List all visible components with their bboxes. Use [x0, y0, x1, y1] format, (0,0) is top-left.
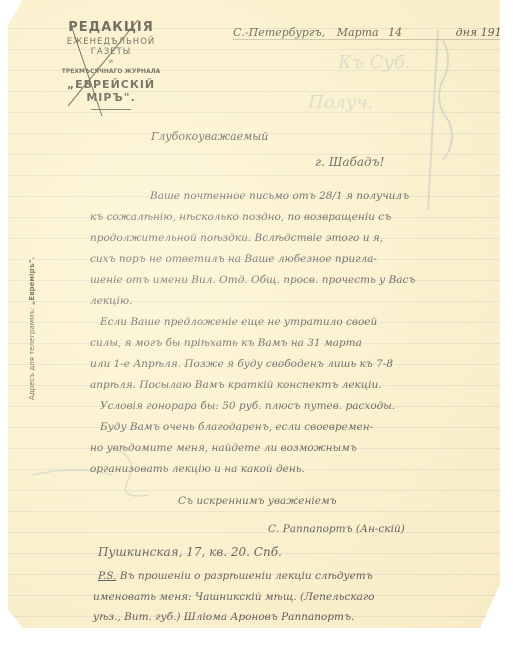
body-line: сихъ поръ не ответилъ на Ваше любезное п…	[90, 253, 377, 265]
letterhead-name: „ЕВРЕЙСКІЙ МІРЪ".	[46, 78, 176, 104]
signature: С. Раппапортъ (Ан-скій)	[268, 523, 405, 535]
body-line: организовать лекцію и на какой день.	[90, 463, 305, 475]
faint-annotation: Къ Суб.	[338, 52, 411, 73]
sender-address: Пушкинская, 17, кв. 20. Спб.	[98, 545, 282, 559]
postscript-line: именовать меня: Чашникскій мѣщ. (Лепельс…	[93, 591, 375, 603]
body-line: или 1-е Апрѣля. Позже я буду свободенъ л…	[90, 358, 393, 370]
dateline-city: С.-Петербургъ,	[233, 26, 325, 39]
body-line: Условія гонорара бы: 50 руб. плюсъ путев…	[100, 400, 395, 412]
letter-paper: Къ Суб. Получ. РЕДАКЦІЯ ЕЖЕНЕДѢЛЬНОЙ ГАЗ…	[8, 0, 500, 628]
body-line: Ваше почтенное письмо отъ 28/1 я получил…	[150, 190, 409, 202]
body-line: шеніе отъ имени Вил. Отд. Общ. просв. пр…	[90, 274, 415, 286]
body-line: Если Ваше предложеніе еще не утратило св…	[100, 316, 377, 328]
postscript-label: P.S.	[98, 570, 116, 582]
body-line: къ сожалѣнію, нѣсколько поздно, по возвр…	[90, 211, 391, 223]
letterhead-subtitle: ЕЖЕНЕДѢЛЬНОЙ ГАЗЕТЫ	[46, 37, 176, 57]
closing: Съ искреннимъ уваженіемъ	[178, 495, 337, 507]
body-line: апрѣля. Посылаю Вамъ краткій конспектъ л…	[90, 379, 382, 391]
body-line: Буду Вамъ очень благодаренъ, если своевр…	[100, 421, 373, 433]
body-line: продолжительной поѣздки. Вслѣдствіе этог…	[90, 232, 383, 244]
letterhead-journal: ТРЕХМѢСЯЧНАГО ЖУРНАЛА	[46, 68, 176, 75]
faint-scribble-icon	[418, 20, 478, 220]
dateline-year: дня 1910 г.	[456, 26, 513, 39]
letterhead-divider	[91, 109, 131, 110]
postscript-line: P.S. Въ прошеніи о разрѣшеніи лекціи слѣ…	[98, 570, 373, 582]
telegram-address-value: „Евремiръ".	[28, 257, 36, 305]
faint-annotation: Получ.	[308, 92, 373, 113]
body-line: лекцію.	[90, 295, 132, 307]
letterhead-conjunction: и	[46, 58, 176, 65]
salutation-line2: г. Шабадъ!	[315, 155, 384, 169]
body-line: силы, я могъ бы пріѣхать къ Вамъ на 31 м…	[90, 337, 362, 349]
postscript-text: Въ прошеніи о разрѣшеніи лекціи слѣдуетъ	[120, 570, 373, 582]
letterhead-title: РЕДАКЦІЯ	[46, 20, 176, 35]
letterhead: РЕДАКЦІЯ ЕЖЕНЕДѢЛЬНОЙ ГАЗЕТЫ и ТРЕХМѢСЯЧ…	[46, 20, 176, 110]
dateline-day: 14	[388, 26, 402, 39]
postscript-line: уѣз., Вит. губ.) Шлiома Ароновъ Раппапор…	[93, 611, 354, 623]
dateline: С.-Петербургъ, Марта 14 дня 1910 г.	[233, 26, 513, 39]
telegram-address: Адресъ для телеграммъ: „Евремiръ".	[28, 257, 36, 400]
body-line: но увѣдомите меня, найдете ли возможнымъ	[90, 442, 357, 454]
salutation-line1: Глубокоуважаемый	[151, 130, 268, 143]
telegram-address-label: Адресъ для телеграммъ:	[28, 307, 36, 400]
dateline-month: Марта	[337, 26, 379, 39]
